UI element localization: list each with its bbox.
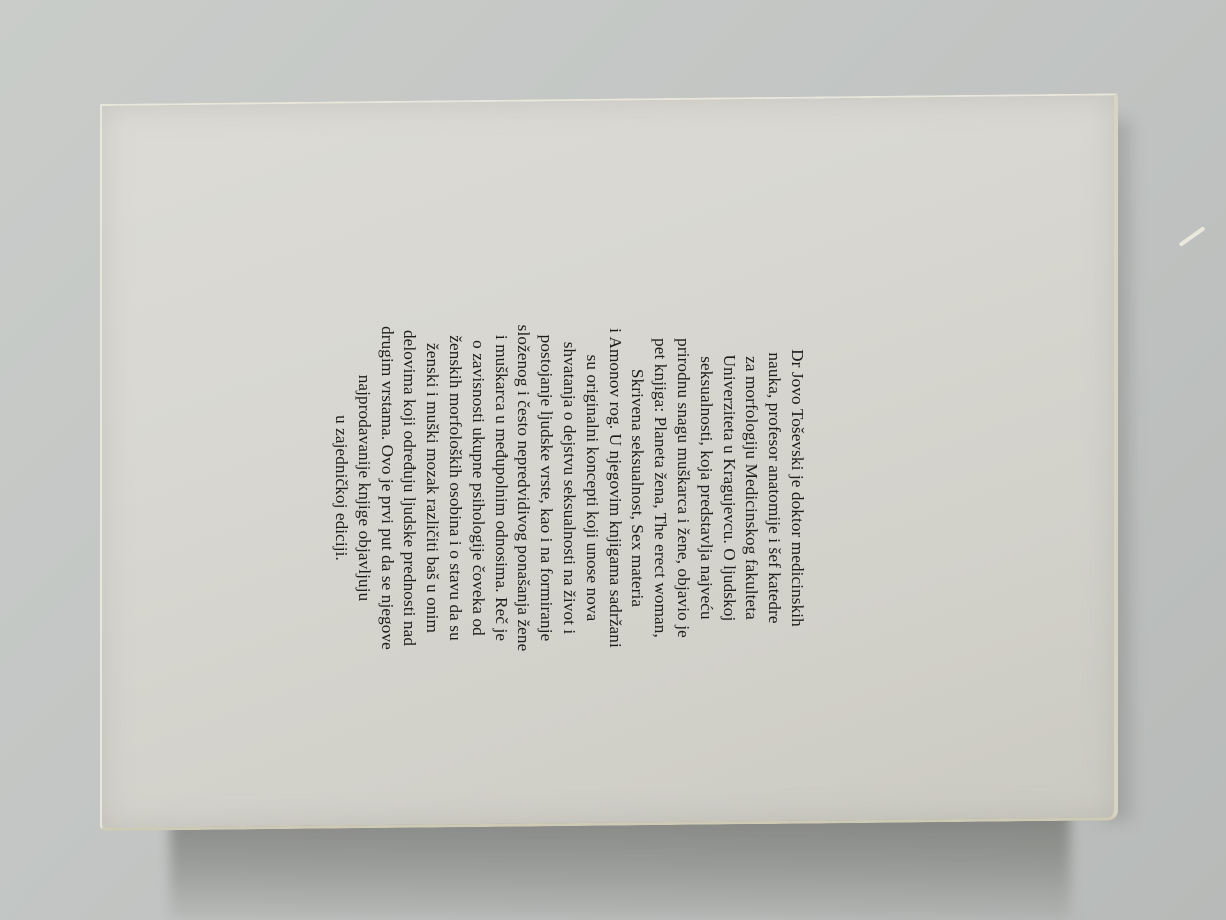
blurb-line: ženski i muški mozak različiti baš u oni… bbox=[420, 343, 443, 633]
blurb-line: Univerziteta u Kragujevcu. O ljudskoj bbox=[717, 355, 740, 622]
blurb-line: Skrivena seksualnost, Sex materia bbox=[626, 369, 649, 607]
blurb-line: o zavisnosti ukupne psihologije čoveka o… bbox=[466, 340, 489, 636]
blurb-line: shvatanja o dejstvu seksualnosti na živo… bbox=[557, 342, 580, 635]
blurb-line: delovima koji određuju ljudske prednosti… bbox=[398, 330, 421, 646]
blurb-line: u zajedničkoj ediciji. bbox=[329, 415, 352, 561]
blurb-line: su originalni koncepti koji unose nova bbox=[580, 355, 603, 622]
blurb-line: nauka, profesor anatomije i šef katedre bbox=[762, 352, 785, 623]
blurb-line: Dr Jovo Toševski je doktor medicinskih bbox=[785, 349, 808, 627]
blurb-line: ženskih morfoloških osobina i o stavu da… bbox=[443, 335, 466, 641]
blurb-line: pet knjiga: Planeta žena, The erect woma… bbox=[648, 338, 671, 638]
corner-crease bbox=[1179, 226, 1206, 247]
blurb-line: seksualnosti, koja predstavlja najveću bbox=[694, 356, 717, 619]
blurb-line: složenog i često nepredvidivog ponašanja… bbox=[512, 325, 535, 652]
blurb-line: za morfologiju Medicinskog fakulteta bbox=[740, 356, 763, 620]
blurb-line: najprodavanije knjige objavljuju bbox=[352, 375, 375, 602]
blurb-line: postojanje ljudske vrste, kao i na formi… bbox=[534, 335, 557, 642]
blurb-area: Dr Jovo Toševski je doktor medicinskih n… bbox=[248, 234, 808, 742]
blurb-line: drugim vrstama. Ovo je prvi put da se nj… bbox=[375, 326, 398, 650]
blurb-line: i Amonov rog. U njegovim knjigama sadrža… bbox=[603, 328, 626, 648]
blurb-line: prirodnu snagu muškarca i žene, objavio … bbox=[671, 338, 694, 638]
author-blurb: Dr Jovo Toševski je doktor medicinskih n… bbox=[248, 234, 808, 742]
blurb-line: i muškarca u međupolnim odnosima. Reč je bbox=[489, 335, 512, 641]
